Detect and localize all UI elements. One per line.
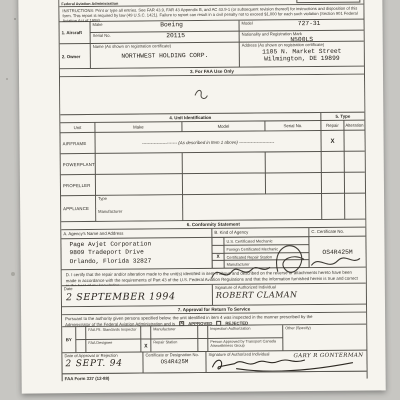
- col-serial: Serial No.: [265, 121, 320, 130]
- owner-name-field: Name (As shown on registration certifica…: [91, 43, 239, 68]
- owner-address-line2: Wilmington, DE 19899: [240, 54, 364, 62]
- inspector-checkbox: [76, 327, 85, 339]
- powerplant-alteration-cell: [345, 152, 365, 172]
- foreign-mechanic-label: Foreign Certificated Mechanic: [224, 245, 308, 252]
- by-label: BY: [62, 327, 75, 352]
- designee-checkbox: [76, 340, 85, 352]
- agency-name: Federal Aviation Administration: [61, 1, 125, 6]
- kind-of-agency-label: B. Kind of Agency: [212, 228, 308, 237]
- transport-canada-cb: [198, 339, 207, 351]
- propeller-model-cell: [183, 173, 265, 194]
- appliance-alteration-cell: [345, 194, 365, 219]
- owner-address-field: Address (As shown on registration certif…: [240, 42, 364, 67]
- aircraft-owner-table: 1. Aircraft Make Boeing Model 727-31 Ser…: [60, 20, 364, 70]
- col-alteration: Alteration: [344, 121, 364, 130]
- faa-form-337: Federal Aviation Administration ASO-FSDO…: [58, 0, 367, 381]
- inspection-auth-label: Inspection Authorization: [208, 325, 282, 338]
- manufacturer-cb: [141, 326, 150, 338]
- appliance-type-label: Type: [96, 195, 182, 208]
- propeller-repair-cell: [322, 173, 344, 193]
- row-appliance-label: APPLIANCE: [61, 196, 95, 221]
- model-value: 727-31: [240, 20, 364, 28]
- unit-identification-table: 4. Unit Identification 5. Type Unit Make…: [60, 113, 365, 223]
- make-label: Make: [91, 22, 105, 28]
- approver-table: BY FAA Flt. Standards Inspector Manufact…: [62, 325, 366, 354]
- approval-date-value: 2 SEPT. 94: [62, 358, 142, 369]
- aircraft-make-field: Make Boeing: [91, 21, 239, 32]
- aircraft-section-label: 1. Aircraft: [60, 22, 90, 43]
- agency-line3: Orlando, Florida 32827: [70, 257, 212, 267]
- pen-mark: [192, 86, 210, 100]
- serial-label: Serial No.: [91, 33, 113, 39]
- transport-canada-label: Person Approved by Transport Canada Airw…: [208, 338, 282, 351]
- fsdo-office-code: ASO-FSDO-19: [296, 0, 361, 3]
- approval-signature-cell: Signature of Authorized Individual GARY …: [206, 351, 366, 372]
- inspector-label: FAA Flt. Standards Inspector: [86, 327, 140, 339]
- col-make: Make: [95, 122, 181, 132]
- owner-name-value: NORTHWEST HOLDING CORP.: [91, 51, 239, 59]
- designee-label: FAA Designee: [86, 340, 140, 352]
- scan-noise: [14, 18, 16, 20]
- certificate-no-label: C. Certificate No.: [309, 228, 365, 236]
- col-unit: Unit: [60, 123, 94, 132]
- manufacturer-option-label: Manufacturer: [151, 326, 197, 338]
- col-model: Model: [182, 121, 264, 131]
- foreign-mechanic-checkbox: [212, 246, 223, 253]
- approver-signature: [208, 355, 360, 372]
- airframe-alteration-cell: [344, 131, 364, 151]
- faa-use-only-box: [60, 75, 364, 116]
- appliance-model-serial-cell: [183, 194, 321, 220]
- repair-station-option-label: Repair Station: [151, 339, 197, 351]
- aircraft-serial-field: Serial No. 20115: [91, 32, 239, 43]
- repair-station-label: Certificated Repair Station: [225, 253, 309, 260]
- appliance-repair-cell: [322, 194, 344, 219]
- appliance-type-mfr-cell: Type Manufacturer: [96, 195, 182, 221]
- model-label: Model: [240, 21, 255, 27]
- airframe-repair-check: X: [321, 131, 343, 151]
- approval-date-cell: Date of Approval or Rejection 2 SEPT. 94: [62, 353, 142, 374]
- airframe-description: ------------------------ (As described i…: [95, 131, 320, 153]
- owner-name-label: Name (As shown on registration certifica…: [91, 43, 239, 50]
- col-repair: Repair: [321, 121, 343, 130]
- signature-cell: Signature of Authorized Individual ROBER…: [213, 284, 366, 305]
- propeller-make-cell: [96, 174, 182, 195]
- approval-cert-value: OS4R425M: [143, 357, 205, 365]
- scanned-paper: Federal Aviation Administration ASO-FSDO…: [18, 0, 385, 394]
- date-value-handwritten: 2 SEPTEMBER 1994: [62, 290, 212, 302]
- type-title: 5. Type: [321, 113, 364, 120]
- manufacturer-checkbox: [213, 261, 224, 268]
- form-number: FAA Form 337 (12-88): [63, 372, 367, 382]
- aircraft-model-field: Model 727-31: [240, 20, 364, 31]
- powerplant-make-cell: [96, 153, 182, 174]
- agency-address-block: Page Avjet Corporation 9809 Tradeport Dr…: [61, 238, 211, 269]
- agency-name-address-label: A. Agency's Name and Address: [61, 229, 211, 238]
- us-mechanic-label: U.S. Certificated Mechanic: [224, 237, 308, 244]
- inspection-auth-cb: [198, 326, 207, 338]
- date-signature-row: Date 2 SEPTEMBER 1994 Signature of Autho…: [62, 284, 366, 308]
- approval-bottom-row: Date of Approval or Rejection 2 SEPT. 94…: [62, 351, 366, 375]
- appliance-manufacturer-label: Manufacturer: [96, 208, 182, 221]
- kind-of-agency-cell: U.S. Certificated Mechanic Foreign Certi…: [212, 237, 308, 268]
- approval-cert-cell: Certificate or Designation No. OS4R425M: [143, 352, 205, 373]
- aircraft-registration-field: Nationality and Registration Mark N500LS: [240, 31, 364, 42]
- propeller-serial-cell: [266, 173, 321, 193]
- other-specify-label: Other (Specify): [283, 325, 366, 351]
- row-propeller-label: PROPELLER: [61, 175, 95, 195]
- powerplant-model-cell: [183, 152, 265, 173]
- repair-station-checkbox: X: [213, 253, 224, 260]
- repair-station-cb-checked: X: [141, 339, 150, 351]
- date-cell: Date 2 SEPTEMBER 1994: [62, 285, 212, 306]
- make-value: Boeing: [91, 21, 239, 29]
- signature-name-handwritten: ROBERT CLAMAN: [213, 290, 298, 300]
- us-mechanic-checkbox: [212, 238, 223, 245]
- row-airframe-label: AIRFRAME: [60, 133, 94, 153]
- certificate-no-value: OS4R425M: [309, 237, 365, 267]
- manufacturer-label: Manufacturer: [225, 260, 309, 267]
- row-powerplant-label: POWERPLANT: [61, 154, 95, 174]
- conformity-table: A. Agency's Name and Address B. Kind of …: [61, 228, 365, 271]
- propeller-alteration-cell: [345, 173, 365, 193]
- powerplant-repair-cell: [322, 152, 344, 172]
- serial-value: 20115: [91, 32, 239, 40]
- approval-cert-label: Certificate or Designation No.: [143, 352, 205, 358]
- owner-section-label: 2. Owner: [60, 44, 90, 68]
- powerplant-serial-cell: [266, 152, 321, 172]
